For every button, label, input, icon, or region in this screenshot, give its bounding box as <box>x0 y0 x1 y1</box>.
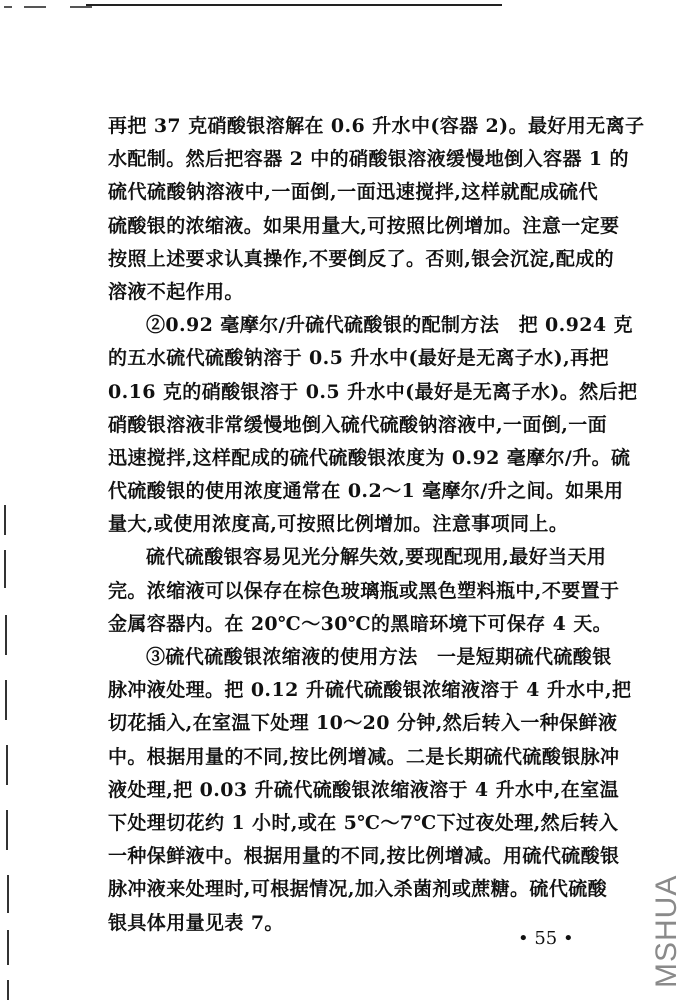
text-line: 迅速搅拌,这样配成的硫代硫酸银浓度为 0.92 毫摩尔/升。硫 <box>108 442 598 475</box>
paragraph: ②0.92 毫摩尔/升硫代硫酸银的配制方法 把 0.924 克 的五水硫代硫酸钠… <box>108 309 598 541</box>
paragraph: 再把 37 克硝酸银溶解在 0.6 升水中(容器 2)。最好用无离子 水配制。然… <box>108 110 598 309</box>
text-line: 液处理,把 0.03 升硫代硫酸银浓缩液溶于 4 升水中,在室温 <box>108 774 598 807</box>
text-line: 脉冲液处理。把 0.12 升硫代硫酸银浓缩液溶于 4 升水中,把 <box>108 674 598 707</box>
section-heading-line: ③硫代硫酸银浓缩液的使用方法 一是短期硫代硫酸银 <box>108 641 598 674</box>
text-line: 中。根据用量的不同,按比例增减。二是长期硫代硫酸银脉冲 <box>108 741 598 774</box>
scan-top-artifact <box>0 3 688 9</box>
header-rule <box>86 4 502 6</box>
text-line: 脉冲液来处理时,可根据情况,加入杀菌剂或蔗糖。硫代硫酸 <box>108 873 598 906</box>
text-line: 硫代硫酸银容易见光分解失效,要现配现用,最好当天用 <box>108 541 598 574</box>
scan-left-edge <box>4 505 8 1001</box>
scan-speck <box>375 890 377 892</box>
text-line: 代硫酸银的使用浓度通常在 0.2～1 毫摩尔/升之间。如果用 <box>108 475 598 508</box>
paragraph: ③硫代硫酸银浓缩液的使用方法 一是短期硫代硫酸银 脉冲液处理。把 0.12 升硫… <box>108 641 598 940</box>
text-line: 切花插入,在室温下处理 10～20 分钟,然后转入一种保鲜液 <box>108 707 598 740</box>
scan-dash <box>24 6 46 8</box>
text-line: 再把 37 克硝酸银溶解在 0.6 升水中(容器 2)。最好用无离子 <box>108 110 598 143</box>
text-line: 0.16 克的硝酸银溶于 0.5 升水中(最好是无离子水)。然后把 <box>108 376 598 409</box>
text-line: 硫代硫酸钠溶液中,一面倒,一面迅速搅拌,这样就配成硫代 <box>108 176 598 209</box>
text-line: 下处理切花约 1 小时,或在 5℃～7℃下过夜处理,然后转入 <box>108 807 598 840</box>
text-line: 金属容器内。在 20℃～30℃的黑暗环境下可保存 4 天。 <box>108 608 598 641</box>
scan-speck <box>592 857 594 859</box>
text-line: 溶液不起作用。 <box>108 276 598 309</box>
scan-dash <box>70 6 92 8</box>
watermark-text: MSHUA <box>650 875 684 988</box>
section-heading-line: ②0.92 毫摩尔/升硫代硫酸银的配制方法 把 0.924 克 <box>108 309 598 342</box>
text-line: 硝酸银溶液非常缓慢地倒入硫代硫酸钠溶液中,一面倒,一面 <box>108 409 598 442</box>
watermark: MSHUA <box>650 870 680 990</box>
text-line: 的五水硫代硫酸钠溶于 0.5 升水中(最好是无离子水),再把 <box>108 342 598 375</box>
page-body: 再把 37 克硝酸银溶解在 0.6 升水中(容器 2)。最好用无离子 水配制。然… <box>108 110 598 940</box>
text-line: 硫酸银的浓缩液。如果用量大,可按照比例增加。注意一定要 <box>108 210 598 243</box>
text-line: 量大,或使用浓度高,可按照比例增加。注意事项同上。 <box>108 508 598 541</box>
page-number: • 55 • <box>518 928 574 949</box>
text-line: 按照上述要求认真操作,不要倒反了。否则,银会沉淀,配成的 <box>108 243 598 276</box>
scan-dash <box>4 6 12 8</box>
paragraph: 硫代硫酸银容易见光分解失效,要现配现用,最好当天用 完。浓缩液可以保存在棕色玻璃… <box>108 541 598 641</box>
text-line: 水配制。然后把容器 2 中的硝酸银溶液缓慢地倒入容器 1 的 <box>108 143 598 176</box>
text-line: 一种保鲜液中。根据用量的不同,按比例增减。用硫代硫酸银 <box>108 840 598 873</box>
text-line: 完。浓缩液可以保存在棕色玻璃瓶或黑色塑料瓶中,不要置于 <box>108 575 598 608</box>
